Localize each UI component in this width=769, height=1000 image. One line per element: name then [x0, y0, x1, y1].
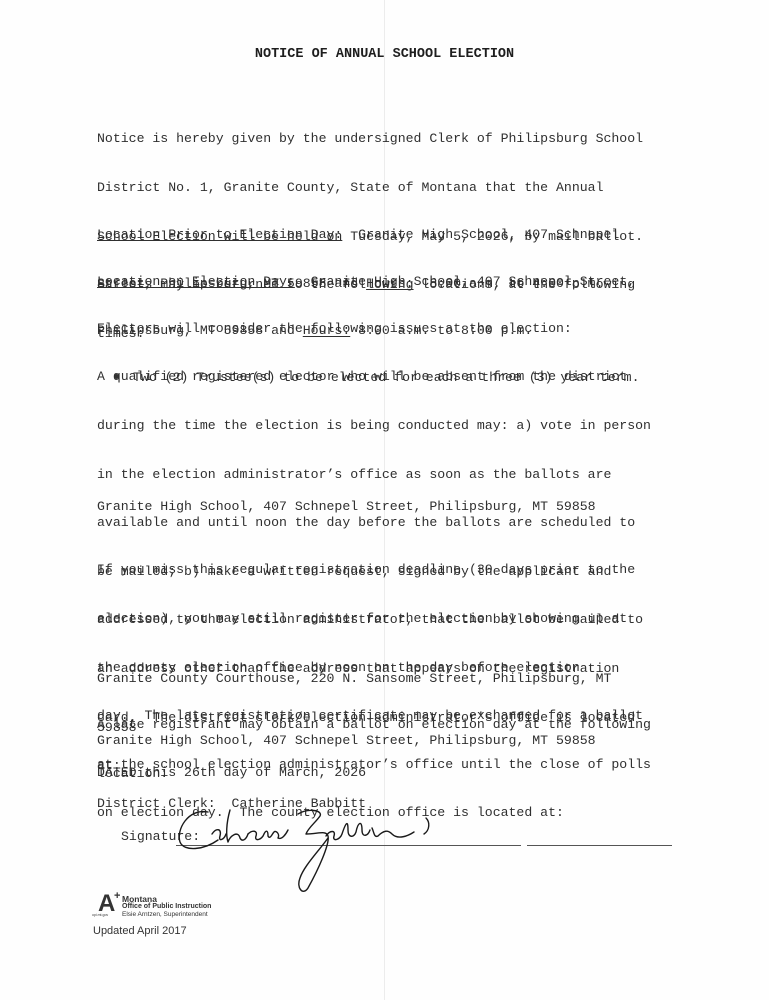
absentee-line: available and until noon the day before … — [97, 515, 651, 531]
logo-superintendent: Elsie Arntzen, Superintendent — [122, 911, 208, 918]
late-registration-line: election), you may still register for th… — [97, 611, 651, 627]
dated-line: DATED this 26th day of March, 2026 — [97, 765, 366, 781]
late-registration-line: If you miss this regular registration de… — [97, 562, 651, 578]
absentee-line: in the election administrator’s office a… — [97, 467, 651, 483]
location-prior-label: Location Prior to Election Day: — [97, 227, 342, 242]
clerk-office-address: Granite High School, 407 Schnepel Street… — [97, 499, 596, 515]
signature-line-extension — [527, 845, 672, 846]
location-on-label: Location on Election Day: — [97, 274, 295, 289]
intro-line: District No. 1, Granite County, State of… — [97, 180, 643, 196]
logo-tagline: opi.mt.gov — [92, 913, 108, 917]
document-page: NOTICE OF ANNUAL SCHOOL ELECTION Notice … — [0, 0, 769, 1000]
logo-office: Office of Public Instruction — [122, 903, 211, 910]
location-on-address: Granite High School, 407 Schnepel Street… — [295, 274, 635, 289]
late-registrant-line: A late registrant may obtain a ballot on… — [97, 717, 651, 733]
absentee-line: during the time the election is being co… — [97, 418, 651, 434]
updated-date: Updated April 2017 — [93, 925, 187, 937]
signature-image — [168, 800, 478, 895]
logo-plus-icon: + — [114, 890, 120, 902]
opi-logo: A + Montana Office of Public Instruction… — [92, 892, 232, 924]
notice-title: NOTICE OF ANNUAL SCHOOL ELECTION — [0, 47, 769, 63]
issues-intro: Electors will consider the following iss… — [97, 321, 639, 337]
intro-line: Notice is hereby given by the undersigne… — [97, 131, 643, 147]
location-prior-address: Granite High School, 407 Schnepel — [342, 227, 619, 242]
late-registrant-address: Granite High School, 407 Schnepel Street… — [97, 733, 596, 749]
absentee-line: A qualified registered elector who will … — [97, 369, 651, 385]
